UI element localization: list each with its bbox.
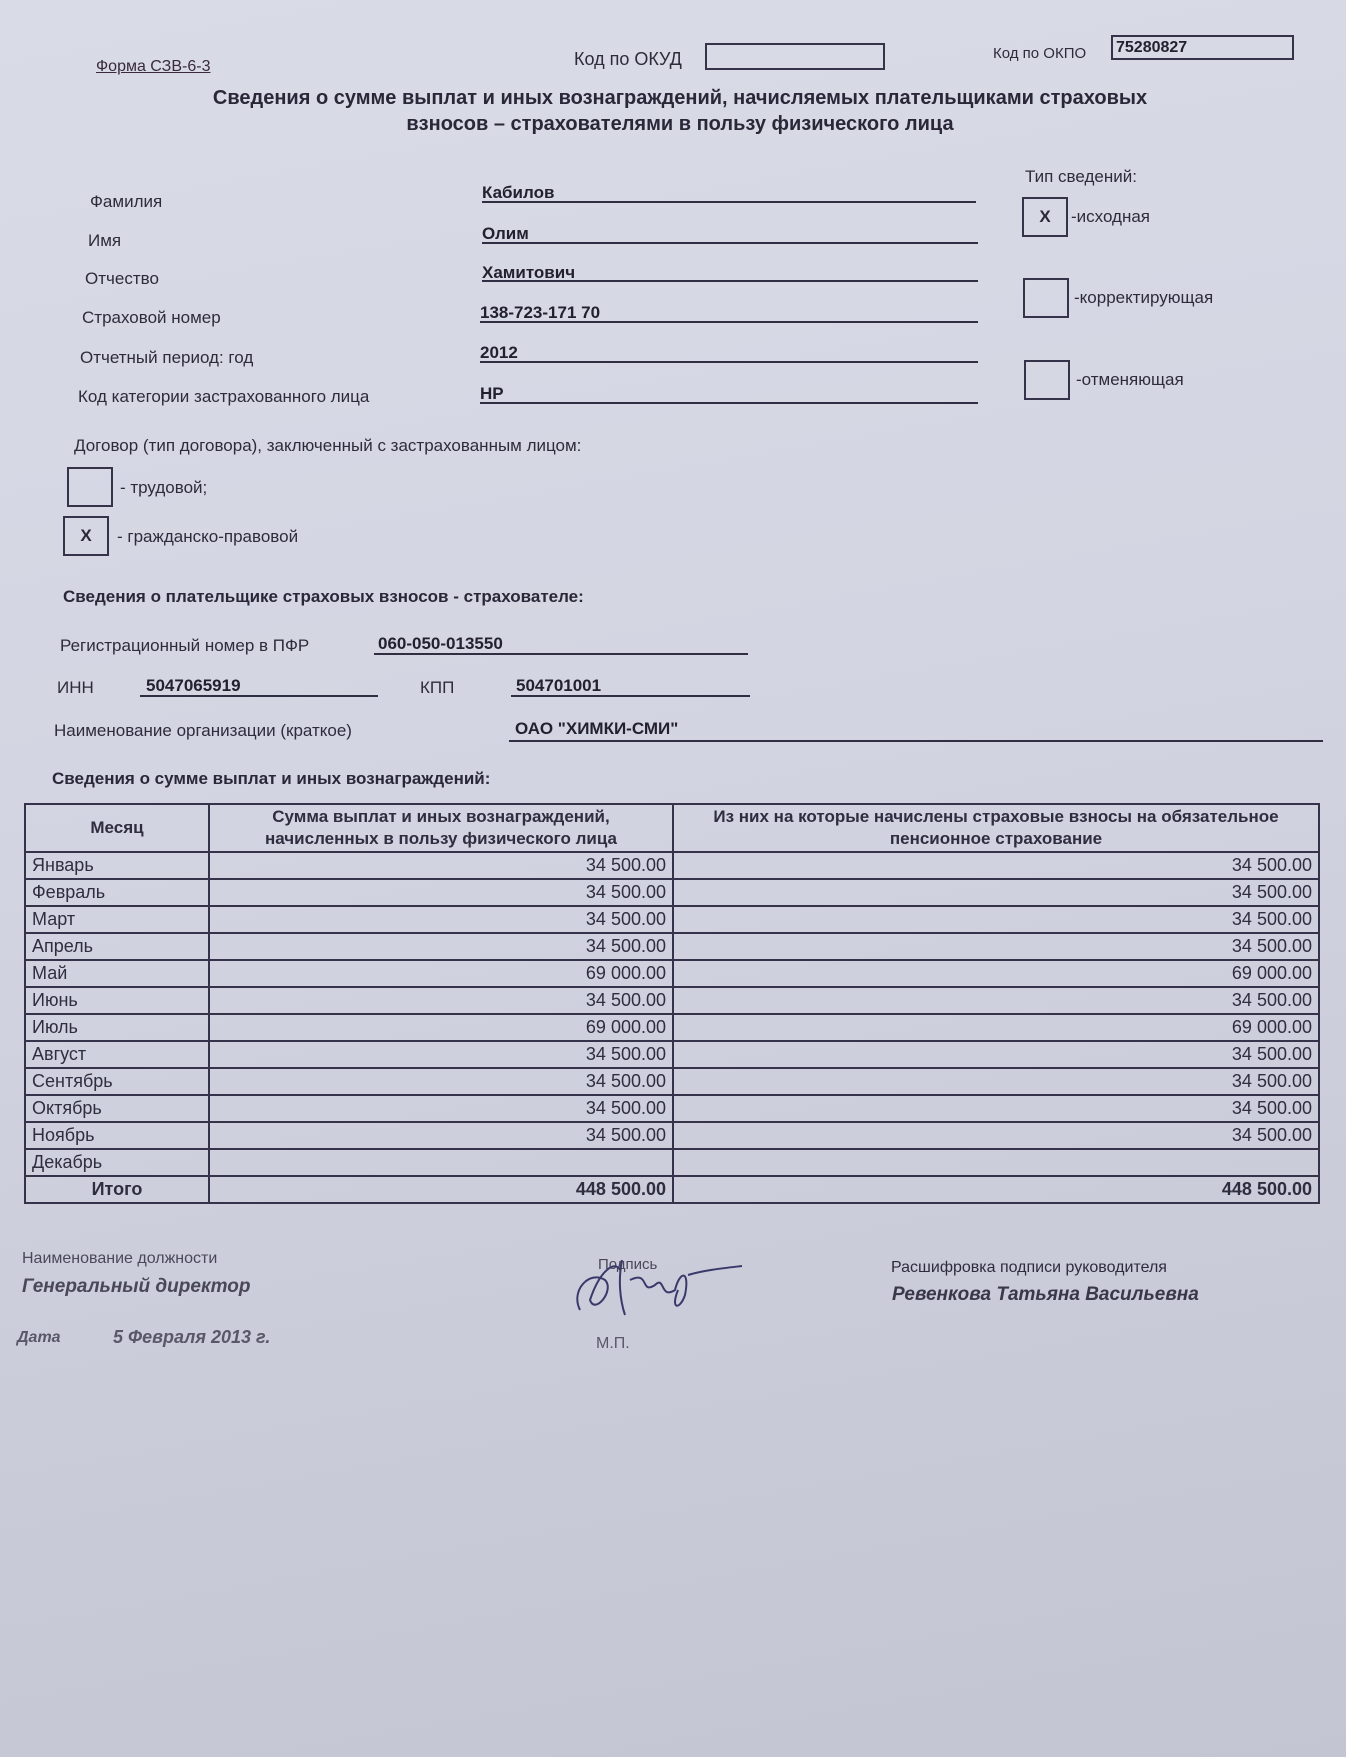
decode-label: Расшифровка подписи руководителя [891, 1259, 1167, 1277]
pension-cell: 34 500.00 [673, 933, 1319, 960]
pension-cell: 34 500.00 [673, 1095, 1319, 1122]
okud-label: Код по ОКУД [574, 49, 682, 70]
total-cell [209, 1149, 673, 1176]
total-cell: 34 500.00 [209, 987, 673, 1014]
pension-cell: 34 500.00 [673, 1041, 1319, 1068]
surname-field[interactable]: Кабилов [482, 183, 976, 203]
total-row: Итого448 500.00448 500.00 [25, 1176, 1319, 1203]
inn-label: ИНН [57, 678, 94, 698]
signature-scribble-icon [560, 1240, 750, 1330]
pension-cell: 34 500.00 [673, 1122, 1319, 1149]
period-field[interactable]: 2012 [480, 343, 978, 363]
payments-section-title: Сведения о сумме выплат и иных вознаграж… [52, 769, 490, 789]
okpo-label: Код по ОКПО [993, 45, 1086, 62]
category-label: Код категории застрахованного лица [78, 387, 369, 407]
month-cell: Ноябрь [25, 1122, 209, 1149]
month-cell: Апрель [25, 933, 209, 960]
insurance-number-label: Страховой номер [82, 308, 221, 328]
date-label: Дата [17, 1329, 61, 1347]
table-row: Ноябрь34 500.0034 500.00 [25, 1122, 1319, 1149]
payments-table-body: Январь34 500.0034 500.00Февраль34 500.00… [25, 852, 1319, 1203]
org-field[interactable]: ОАО "ХИМКИ-СМИ" [509, 719, 1323, 742]
position-label: Наименование должности [22, 1250, 217, 1268]
table-row: Сентябрь34 500.0034 500.00 [25, 1068, 1319, 1095]
total-cell: 34 500.00 [209, 1122, 673, 1149]
okud-field[interactable] [705, 43, 885, 70]
month-cell: Сентябрь [25, 1068, 209, 1095]
info-type-original-label: -исходная [1071, 207, 1150, 227]
total-label-cell: Итого [25, 1176, 209, 1203]
info-type-cancelling-label: -отменяющая [1076, 370, 1184, 390]
table-row: Май69 000.0069 000.00 [25, 960, 1319, 987]
total-pension-cell: 448 500.00 [673, 1176, 1319, 1203]
pfr-field[interactable]: 060-050-013550 [374, 634, 748, 655]
table-row: Июль69 000.0069 000.00 [25, 1014, 1319, 1041]
pension-cell: 34 500.00 [673, 852, 1319, 879]
kpp-field[interactable]: 504701001 [511, 676, 750, 697]
org-label: Наименование организации (краткое) [54, 721, 352, 741]
month-cell: Январь [25, 852, 209, 879]
month-cell: Февраль [25, 879, 209, 906]
page-title-line1: Сведения о сумме выплат и иных вознаграж… [120, 85, 1240, 111]
patronymic-label: Отчество [85, 269, 159, 289]
info-type-corrective-checkbox[interactable] [1023, 278, 1069, 318]
month-cell: Октябрь [25, 1095, 209, 1122]
total-cell: 34 500.00 [209, 906, 673, 933]
info-type-original-checkbox[interactable]: X [1022, 197, 1068, 237]
table-row: Октябрь34 500.0034 500.00 [25, 1095, 1319, 1122]
table-row: Август34 500.0034 500.00 [25, 1041, 1319, 1068]
total-cell: 69 000.00 [209, 1014, 673, 1041]
period-label: Отчетный период: год [80, 348, 253, 368]
total-cell: 34 500.00 [209, 879, 673, 906]
contract-civil-label: - гражданско-правовой [117, 527, 298, 547]
total-cell: 34 500.00 [209, 1068, 673, 1095]
pension-cell: 69 000.00 [673, 960, 1319, 987]
contract-label: Договор (тип договора), заключенный с за… [74, 436, 581, 456]
table-row: Февраль34 500.0034 500.00 [25, 879, 1319, 906]
total-cell: 34 500.00 [209, 933, 673, 960]
contract-civil-checkbox[interactable]: X [63, 516, 109, 556]
total-sum-cell: 448 500.00 [209, 1176, 673, 1203]
contract-labor-checkbox[interactable] [67, 467, 113, 507]
pension-cell: 34 500.00 [673, 987, 1319, 1014]
category-field[interactable]: НР [480, 384, 978, 404]
column-pension: Из них на которые начислены страховые вз… [673, 804, 1319, 852]
pension-cell [673, 1149, 1319, 1176]
pension-cell: 34 500.00 [673, 906, 1319, 933]
month-cell: Июль [25, 1014, 209, 1041]
month-cell: Март [25, 906, 209, 933]
table-row: Июнь34 500.0034 500.00 [25, 987, 1319, 1014]
surname-label: Фамилия [90, 192, 162, 212]
month-cell: Август [25, 1041, 209, 1068]
table-row: Январь34 500.0034 500.00 [25, 852, 1319, 879]
payer-section-title: Сведения о плательщике страховых взносов… [63, 587, 584, 607]
month-cell: Декабрь [25, 1149, 209, 1176]
pension-cell: 34 500.00 [673, 1068, 1319, 1095]
date-value: 5 Февраля 2013 г. [113, 1327, 270, 1348]
pension-cell: 69 000.00 [673, 1014, 1319, 1041]
stamp-label: М.П. [596, 1335, 630, 1353]
decode-name: Ревенкова Татьяна Васильевна [892, 1284, 1199, 1306]
info-type-cancelling-checkbox[interactable] [1024, 360, 1070, 400]
pension-cell: 34 500.00 [673, 879, 1319, 906]
form-name: Форма СЗВ-6-3 [96, 58, 210, 76]
pfr-label: Регистрационный номер в ПФР [60, 636, 309, 656]
table-row: Декабрь [25, 1149, 1319, 1176]
page-title: Сведения о сумме выплат и иных вознаграж… [120, 85, 1240, 137]
patronymic-field[interactable]: Хамитович [482, 263, 978, 282]
total-cell: 34 500.00 [209, 1041, 673, 1068]
month-cell: Июнь [25, 987, 209, 1014]
total-cell: 69 000.00 [209, 960, 673, 987]
position-value: Генеральный директор [22, 1276, 250, 1298]
kpp-label: КПП [420, 678, 454, 698]
info-type-corrective-label: -корректирующая [1074, 288, 1213, 308]
contract-labor-label: - трудовой; [120, 478, 207, 498]
payments-table: Месяц Сумма выплат и иных вознаграждений… [24, 803, 1320, 1204]
okpo-field[interactable]: 75280827 [1111, 35, 1294, 60]
name-field[interactable]: Олим [482, 224, 978, 244]
total-cell: 34 500.00 [209, 1095, 673, 1122]
column-total: Сумма выплат и иных вознаграждений, начи… [209, 804, 673, 852]
inn-field[interactable]: 5047065919 [140, 676, 378, 697]
total-cell: 34 500.00 [209, 852, 673, 879]
page-title-line2: взносов – страхователями в пользу физиче… [120, 111, 1240, 137]
payments-table-header: Месяц Сумма выплат и иных вознаграждений… [25, 804, 1319, 852]
insurance-number-field[interactable]: 138-723-171 70 [480, 303, 978, 323]
info-type-label: Тип сведений: [1025, 167, 1137, 187]
column-month: Месяц [25, 804, 209, 852]
table-row: Март34 500.0034 500.00 [25, 906, 1319, 933]
name-label: Имя [88, 231, 121, 251]
month-cell: Май [25, 960, 209, 987]
table-row: Апрель34 500.0034 500.00 [25, 933, 1319, 960]
